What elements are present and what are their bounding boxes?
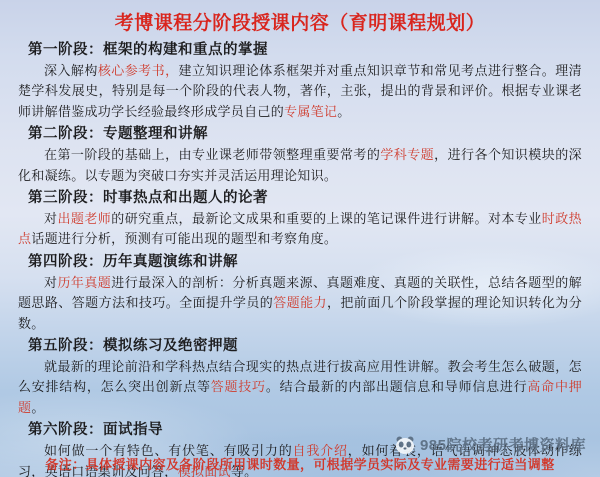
body-text: 。 bbox=[337, 104, 350, 119]
highlight-text: 答题技巧 bbox=[211, 379, 266, 394]
course-plan-page: 考博课程分阶段授课内容（育明课程规划） 第一阶段：框架的构建和重点的掌握 深入解… bbox=[0, 0, 600, 477]
body-text: 话题进行分析，预测有可能出现的题型和考察角度。 bbox=[31, 231, 337, 246]
stage-paragraph: 就最新的理论前沿和学科热点结合现实的热点进行拔高应用性讲解。教会考生怎么破题，怎… bbox=[18, 357, 582, 418]
body-text: 在第一阶段的基础上，由专业课老师带领整理重要常考的 bbox=[44, 147, 380, 162]
stage-heading: 第一阶段：框架的构建和重点的掌握 bbox=[18, 40, 582, 61]
stage-section: 第二阶段：专题整理和讲解 在第一阶段的基础上，由专业课老师带领整理重要常考的学科… bbox=[18, 124, 582, 186]
body-text: 对 bbox=[44, 275, 57, 290]
stage-section: 第一阶段：框架的构建和重点的掌握 深入解构核心参考书，建立知识理论体系框架并对重… bbox=[18, 40, 582, 122]
highlight-text: 答题能力 bbox=[273, 295, 327, 310]
stage-paragraph: 深入解构核心参考书，建立知识理论体系框架并对重点知识章节和常见考点进行整合。理清… bbox=[18, 61, 582, 122]
watermark-label: 985院校考研考博资料库 bbox=[420, 434, 586, 455]
stage-paragraph: 对历年真题进行最深入的剖析：分析真题来源、真题难度、真题的关联性，总结各题型的解… bbox=[18, 273, 582, 334]
watermark: 985院校考研考博资料库 bbox=[394, 434, 586, 455]
page-title: 考博课程分阶段授课内容（育明课程规划） bbox=[18, 8, 582, 35]
body-text: 对 bbox=[44, 211, 57, 226]
highlight-text: 出题老师 bbox=[57, 211, 111, 226]
stage-section: 第四阶段：历年真题演练和讲解 对历年真题进行最深入的剖析：分析真题来源、真题难度… bbox=[18, 252, 582, 334]
stage-section: 第五阶段：模拟练习及绝密押题 就最新的理论前沿和学科热点结合现实的热点进行拔高应… bbox=[18, 336, 582, 418]
body-text: 。 bbox=[31, 400, 44, 415]
highlight-text: 核心参考书， bbox=[98, 63, 179, 78]
sections: 第一阶段：框架的构建和重点的掌握 深入解构核心参考书，建立知识理论体系框架并对重… bbox=[18, 40, 582, 477]
stage-paragraph: 在第一阶段的基础上，由专业课老师带领整理重要常考的学科专题，进行各个知识模块的深… bbox=[18, 145, 582, 186]
stage-heading: 第二阶段：专题整理和讲解 bbox=[18, 124, 582, 145]
stage-paragraph: 对出题老师的研究重点，最新论文成果和重要的上课的笔记课件进行讲解。对本专业时政热… bbox=[18, 209, 582, 250]
body-text: 。结合最新的内部出题信息和导师信息进行 bbox=[266, 379, 528, 394]
body-text: 的研究重点，最新论文成果和重要的上课的笔记课件进行讲解。对本专业 bbox=[111, 211, 542, 226]
stage-heading: 第三阶段：时事热点和出题人的论著 bbox=[18, 188, 582, 209]
highlight-text: 学科专题 bbox=[380, 147, 434, 162]
footer-note: 备注：具体授课内容及各阶段所用课时数量，可根据学员实际及专业需要进行适当调整 bbox=[0, 454, 600, 473]
highlight-text: 专属笔记 bbox=[284, 104, 337, 119]
stage-heading: 第四阶段：历年真题演练和讲解 bbox=[18, 252, 582, 273]
highlight-text: 历年真题 bbox=[57, 275, 111, 290]
stage-heading: 第五阶段：模拟练习及绝密押题 bbox=[18, 336, 582, 357]
page-content: 考博课程分阶段授课内容（育明课程规划） 第一阶段：框架的构建和重点的掌握 深入解… bbox=[0, 0, 600, 477]
stage-section: 第三阶段：时事热点和出题人的论著 对出题老师的研究重点，最新论文成果和重要的上课… bbox=[18, 188, 582, 250]
panda-logo-icon bbox=[394, 435, 416, 455]
body-text: 深入解构 bbox=[44, 63, 98, 78]
